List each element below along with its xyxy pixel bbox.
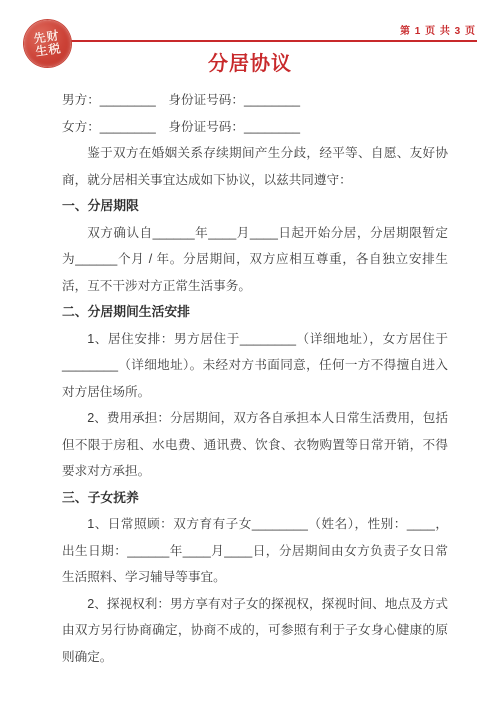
section2-paragraph-2: 2、费用承担：分居期间，双方各自承担本人日常生活费用，包括但不限于房租、水电费、… xyxy=(62,405,448,485)
header-divider xyxy=(62,40,477,42)
party-line-male: 男方：________ 身份证号码：________ xyxy=(62,87,448,114)
section-heading-2: 二、分居期间生活安排 xyxy=(62,299,448,326)
document-body: 男方：________ 身份证号码：________ 女方：________ 身… xyxy=(62,87,448,670)
intro-paragraph: 鉴于双方在婚姻关系存续期间产生分歧，经平等、自愿、友好协商，就分居相关事宜达成如… xyxy=(62,140,448,193)
page-number-indicator: 第 1 页 共 3 页 xyxy=(400,22,476,37)
section1-paragraph-1: 双方确认自______年____月____日起开始分居，分居期限暂定为_____… xyxy=(62,220,448,300)
section2-paragraph-1: 1、居住安排：男方居住于________（详细地址），女方居住于________… xyxy=(62,326,448,406)
section3-paragraph-2: 2、探视权利：男方享有对子女的探视权，探视时间、地点及方式由双方另行协商确定，协… xyxy=(62,591,448,671)
document-page: 先财 生税 第 1 页 共 3 页 分居协议 男方：________ 身份证号码… xyxy=(0,0,500,707)
section-heading-1: 一、分居期限 xyxy=(62,193,448,220)
party-line-female: 女方：________ 身份证号码：________ xyxy=(62,114,448,141)
document-title: 分居协议 xyxy=(0,51,500,78)
section-heading-3: 三、子女抚养 xyxy=(62,485,448,512)
seal-text-line2: 生税 xyxy=(35,42,63,58)
section3-paragraph-1: 1、日常照顾：双方育有子女________（姓名），性别：____，出生日期：_… xyxy=(62,511,448,591)
